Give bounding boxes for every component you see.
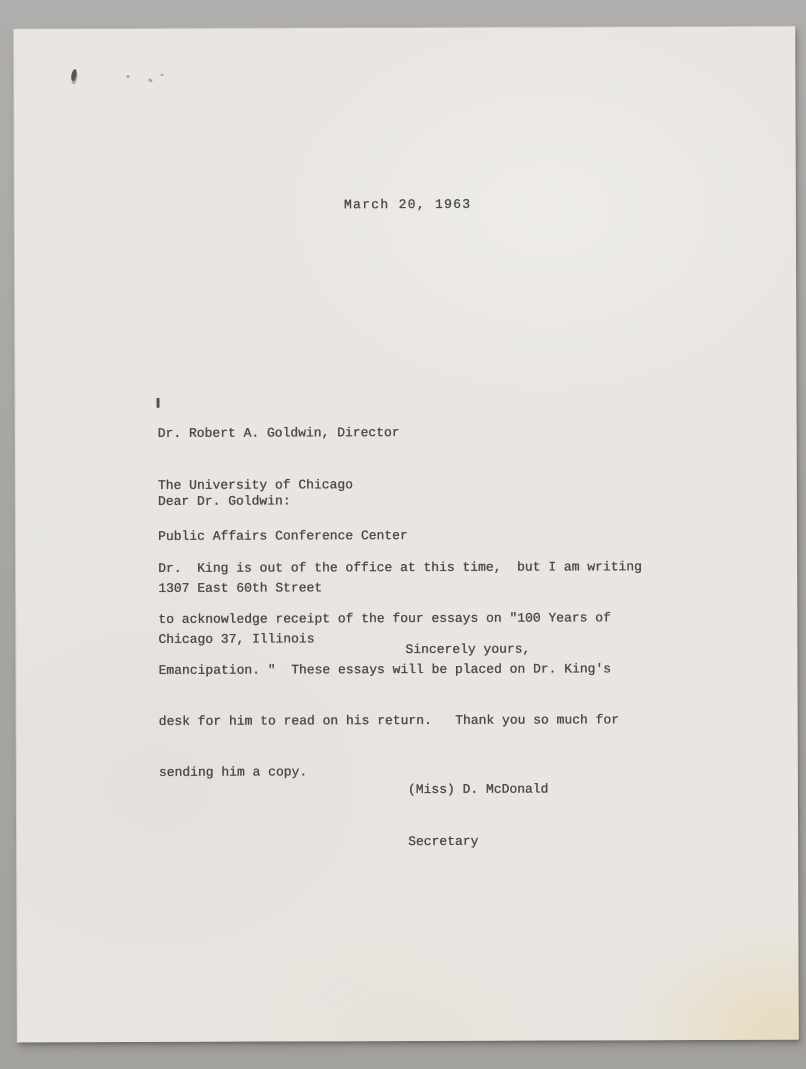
body-line: to acknowledge receipt of the four essay… <box>158 609 642 628</box>
body-line: Dr. King is out of the office at this ti… <box>158 558 642 577</box>
letter-date: March 20, 1963 <box>344 196 471 213</box>
signature-name: (Miss) D. McDonald <box>408 781 548 799</box>
typewriter-overstrike-mark <box>157 398 160 408</box>
body-line: desk for him to read on his return. Than… <box>159 711 643 730</box>
complimentary-closing: Sincerely yours, <box>405 641 530 658</box>
signature-title: Secretary <box>408 832 548 850</box>
pencil-speck <box>126 75 129 78</box>
letter-paper: March 20, 1963 Dr. Robert A. Goldwin, Di… <box>14 27 799 1043</box>
signature-block: (Miss) D. McDonald Secretary <box>408 747 549 884</box>
recipient-name-line: Dr. Robert A. Goldwin, Director <box>158 424 408 442</box>
ink-smudge <box>71 69 78 82</box>
recipient-org-line: The University of Chicago <box>158 475 408 493</box>
pencil-speck <box>160 74 163 76</box>
letter-body: Dr. King is out of the office at this ti… <box>158 524 643 815</box>
salutation: Dear Dr. Goldwin: <box>158 492 291 509</box>
body-line: Emancipation. " These essays will be pla… <box>158 660 642 679</box>
scanned-letter-screenshot: March 20, 1963 Dr. Robert A. Goldwin, Di… <box>0 0 806 1069</box>
body-line: sending him a copy. <box>159 762 643 781</box>
pencil-speck <box>148 78 153 83</box>
